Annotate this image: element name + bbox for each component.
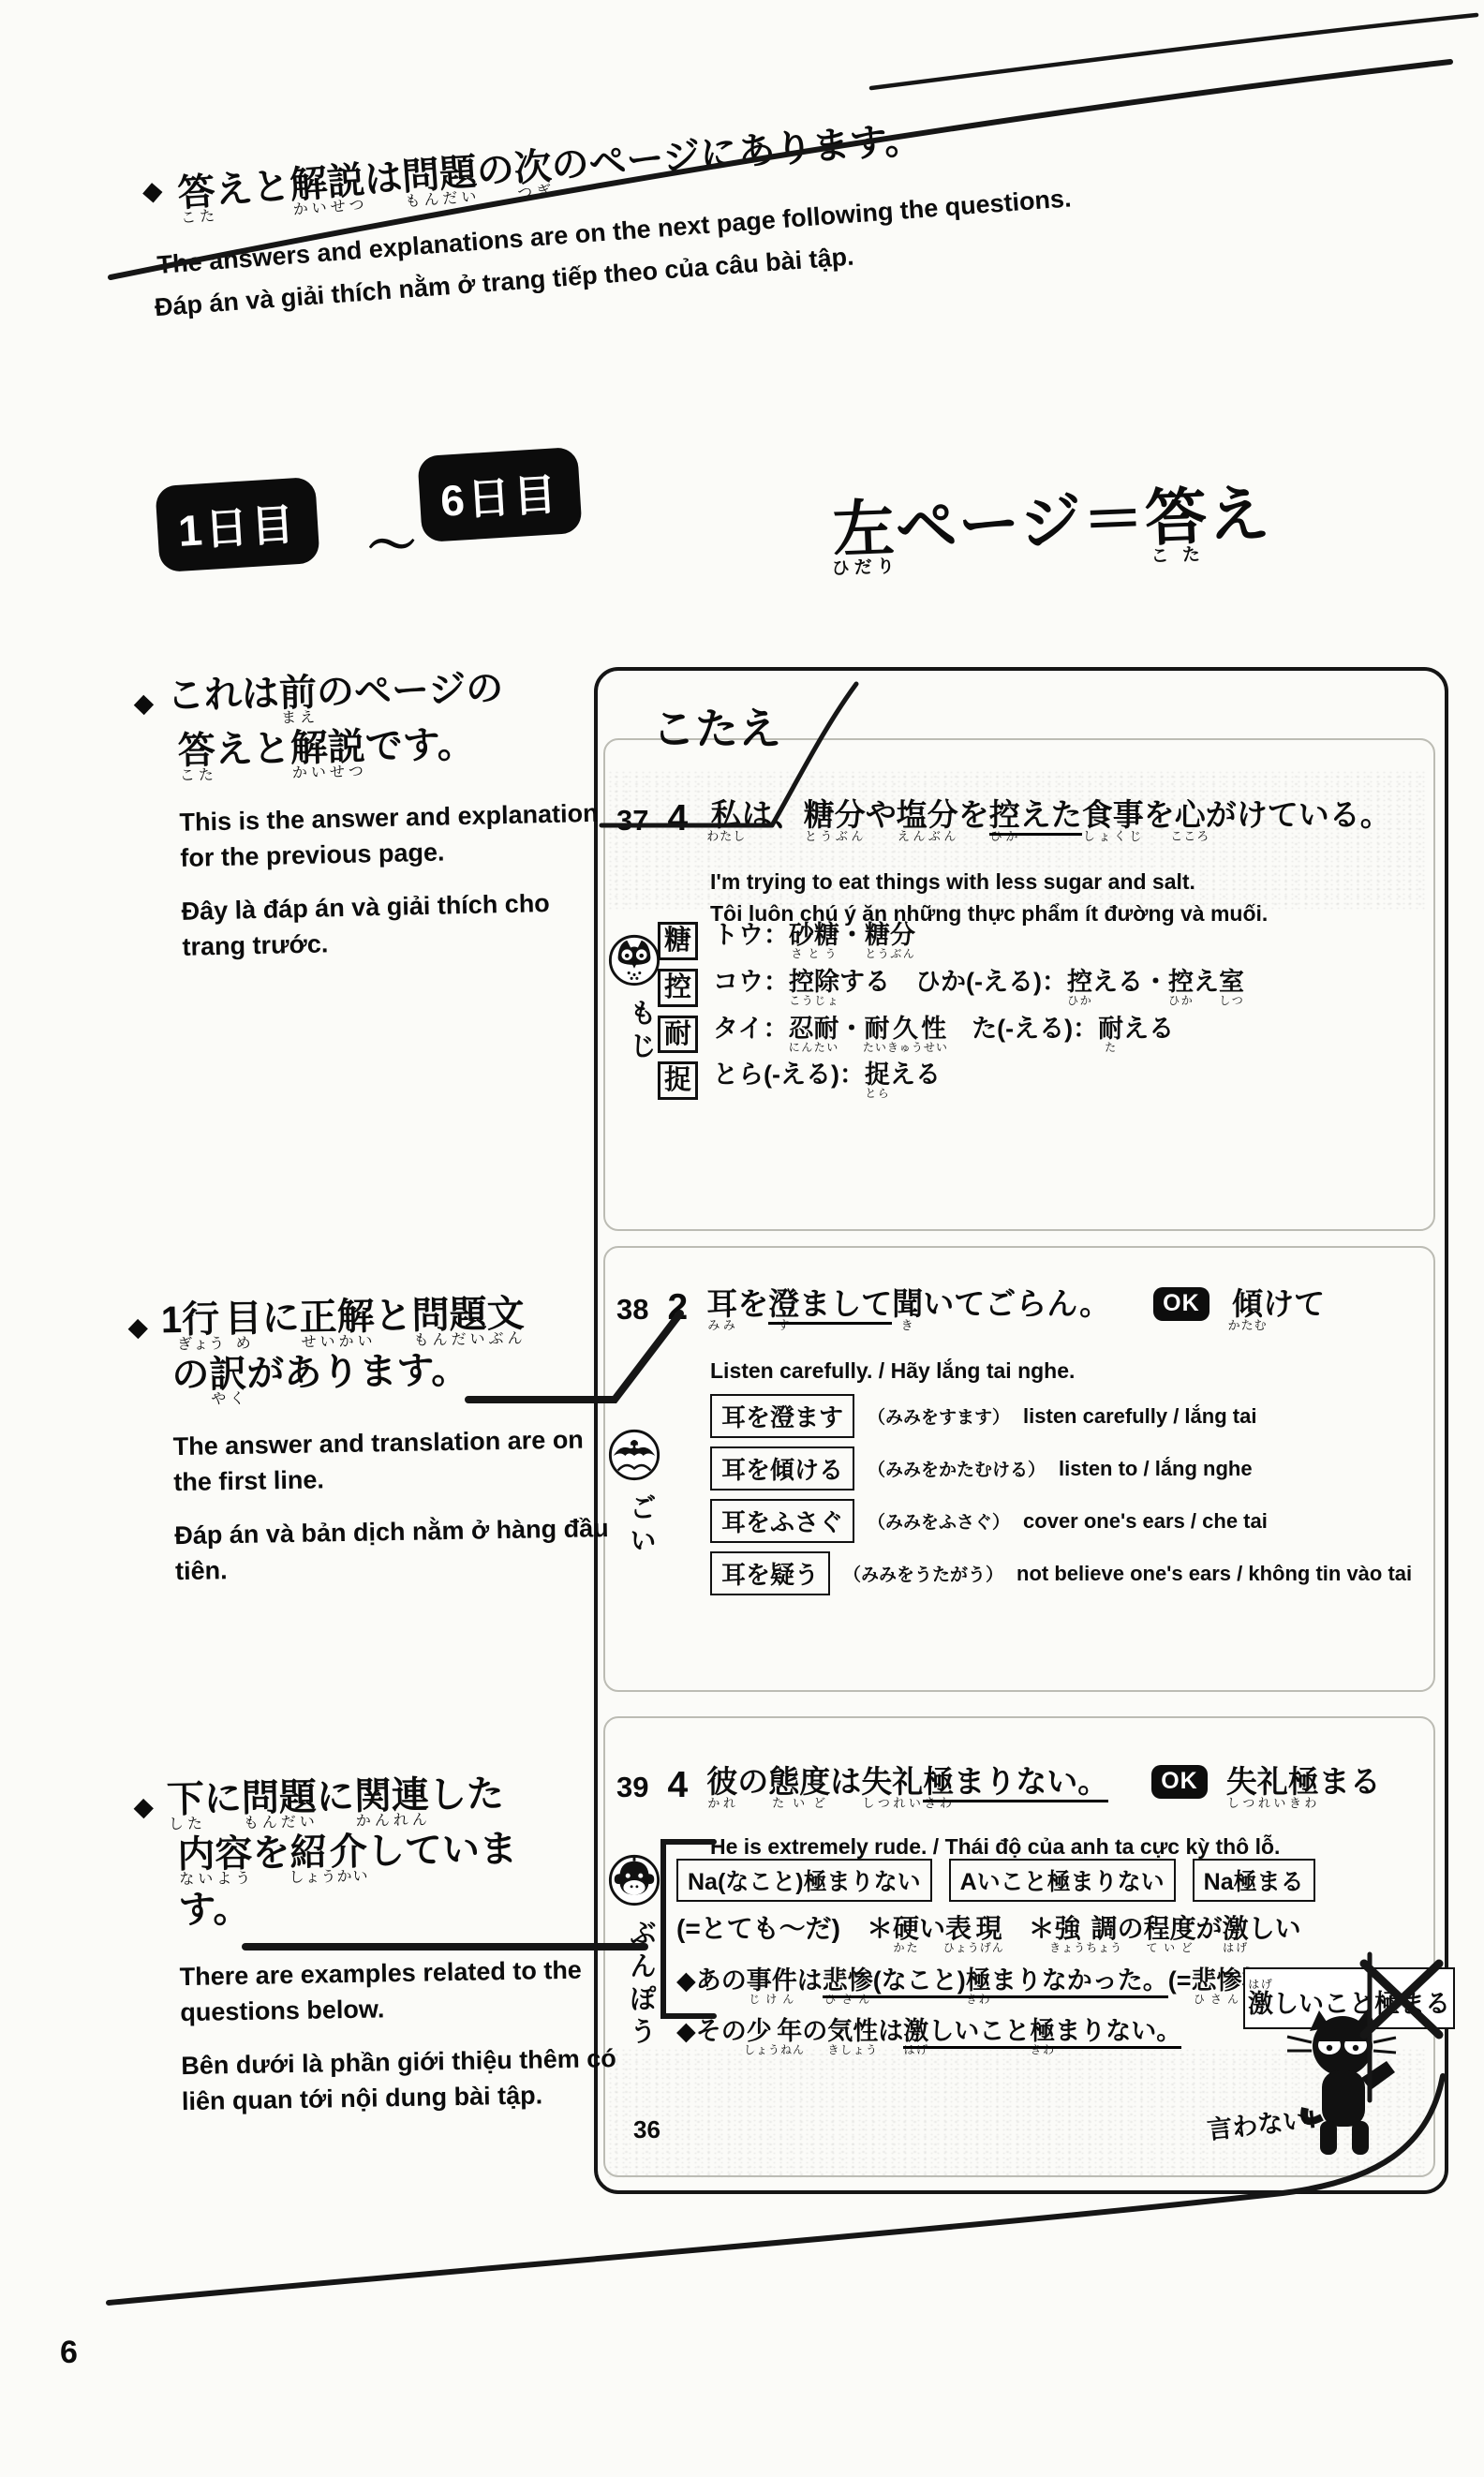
note-previous-page: ◆ これは前まえのページの 答こたえと解説かいせつです。 This is the… [133,666,589,966]
vocab-row: 耳を傾ける （みみをかたむける） listen to / lắng nghe [710,1446,1412,1491]
vocab-gloss: listen to / lắng nghe [1059,1457,1253,1481]
note1-japanese-line2: 答こたえと解説かいせつです。 [177,721,585,782]
vocab-reading: （みみをふさぐ） [868,1508,1010,1534]
bullet-diamond-icon: ◆ [127,1300,148,1342]
note3-japanese-line2: 内容ないようを紹介しょうかいしていま [177,1827,594,1886]
note-related-examples: ◆ 下したに問題もんだいに関連かんれんした 内容ないようを紹介しょうかいしていま… [133,1772,598,2120]
kanji-box: 捉 [658,1061,698,1100]
monkey-icon [607,1853,661,1907]
answer-number: 4 [667,1765,688,1806]
moji-section-label: もじ [622,999,660,1064]
day1-badge: 1日目 [155,477,319,572]
note1-english: This is the answer and explanation for t… [179,794,614,876]
vocab-gloss: cover one's ears / che tai [1023,1509,1268,1534]
q38-translation: Listen carefully. / Hãy lắng tai nghe. [710,1358,1075,1384]
q38-sentence: 耳みみを澄すまして聞きいてごらん。 [706,1287,1110,1331]
note2-english: The answer and translation are on the fi… [172,1421,625,1501]
note2-vietnamese: Đáp án và bản dịch nằm ở hàng đầu tiên. [174,1509,627,1589]
q37-sentence: 私わたしは、糖分とうぶんや塩分えんぶんを控ひかえた食事しょくじを心こころがけてい… [706,798,1391,842]
tilde-separator: 〜 [365,505,418,578]
answer-number: 4 [667,798,688,839]
note2-japanese-line1: 1行ぎょう目めに正解せいかいと問題文もんだいぶん [161,1294,526,1352]
grammar-pattern-box: Na極まる [1193,1859,1315,1902]
vocab-phrase-box: 耳を傾ける [710,1446,854,1491]
kanji-readings: トウ：砂糖さとう・糖分とうぶん [713,922,915,959]
grammar-example-2: ◆その少年しょうねんの気性きしょうは激はげしいこと極きわまりない。 [676,2018,1181,2055]
vocab-reading: （みみをすます） [868,1403,1010,1429]
vocab-row: 耳を疑う （みみをうたがう） not believe one's ears / … [710,1551,1412,1595]
q38-correct-form: 傾かたむけて [1228,1287,1326,1331]
question-number: 38 [616,1287,648,1327]
vocab-phrase-box: 耳をふさぐ [710,1499,854,1543]
note-first-line: ◆ 1行ぎょう目めに正解せいかいと問題文もんだいぶん の訳やくがあります。 Th… [127,1292,601,1590]
question-38-row: 38 2 耳みみを澄すまして聞きいてごらん。 OK 傾かたむけて [616,1287,1325,1331]
q39-sentence: 彼かれの態度たいどは失礼しつれい極きわまりない。 [706,1765,1108,1809]
bullet-diamond-icon: ◆ [133,676,155,719]
ok-badge: OK [1153,1287,1209,1321]
vocab-list: 耳を澄ます （みみをすます） listen carefully / lắng t… [710,1394,1412,1604]
vocab-reading: （みみをうたがう） [843,1561,1003,1586]
grammar-pattern-row: Na(なこと)極まりない Aいこと極まりない Na極まる [676,1859,1315,1902]
note3-japanese-line1: 下したに問題もんだいに関連かんれんした [167,1773,505,1831]
note3-vietnamese: Bên dưới là phần giới thiệu thêm có liên… [181,2040,624,2120]
q39-translation: He is extremely rude. / Thái độ của anh … [710,1834,1280,1860]
q39-correct-form: 失礼しつれい極きわまる [1226,1765,1381,1809]
ok-badge: OK [1151,1765,1208,1799]
bullet-diamond-icon: ◆ [141,165,164,206]
note1-japanese-line1: これは前まえのページの [167,668,504,727]
vocab-gloss: listen carefully / lắng tai [1023,1404,1256,1429]
kanji-reading-list: 糖 トウ：砂糖さとう・糖分とうぶん 控 コウ：控除こうじょする ひか(-える)：… [658,922,1244,1108]
owl-icon [607,933,661,987]
book-page: ◆ 答こたえと解説かいせつは問題もんだいの次つぎのページにあります。 The a… [0,0,1484,2477]
kanji-box: 糖 [658,922,698,960]
question-39-row: 39 4 彼かれの態度たいどは失礼しつれい極きわまりない。 OK 失礼しつれい極… [616,1765,1381,1809]
bat-icon [607,1428,661,1482]
cat-mascot-icon [1282,2007,1422,2166]
vocab-row: 耳をふさぐ （みみをふさぐ） cover one's ears / che ta… [710,1499,1412,1543]
note2-japanese-line2: の訳やくがあります。 [171,1347,598,1406]
goi-section-label: ごい [622,1493,660,1559]
panel-title: こたえ [652,695,781,757]
grammar-pattern-box: Aいこと極まりない [949,1859,1176,1902]
grammar-example-1: ◆あの事件じけんは悲惨ひさん(なこと)極きわまりなかった。(=悲惨ひさん極きわま… [676,1967,1327,2005]
bunpou-section-label: ぶんぽう [622,1919,660,2050]
kanji-box: 控 [658,969,698,1007]
question-number: 39 [616,1765,648,1804]
question-37-row: 37 4 私わたしは、糖分とうぶんや塩分えんぶんを控ひかえた食事しょくじを心ここ… [616,798,1391,842]
kanji-row: 糖 トウ：砂糖さとう・糖分とうぶん [658,922,1244,960]
kanji-readings: とら(-える)：捉とらえる [713,1061,941,1099]
grammar-pattern-box: Na(なこと)極まりない [676,1859,932,1902]
kanji-readings: コウ：控除こうじょする ひか(-える)：控ひかえる・控ひかえ室しつ [713,969,1244,1006]
kanji-row: 捉 とら(-える)：捉とらえる [658,1061,1244,1100]
q37-english: I'm trying to eat things with less sugar… [710,869,1195,895]
day6-badge: 6日目 [417,447,582,542]
question-number: 37 [616,798,648,838]
kanji-readings: タイ：忍耐にんたい・耐久性たいきゅうせい た(-える)：耐たえる [713,1016,1174,1053]
answer-number: 2 [667,1287,688,1328]
bullet-diamond-icon: ◆ [133,1780,154,1822]
note3-english: There are examples related to the questi… [179,1951,622,2031]
page-number: 6 [60,2335,78,2371]
note3-japanese-line3: す。 [178,1882,595,1931]
vocab-phrase-box: 耳を澄ます [710,1394,854,1438]
note1-vietnamese: Đây là đáp án và giải thích cho trang tr… [181,883,616,965]
vocab-row: 耳を澄ます （みみをすます） listen carefully / lắng t… [710,1394,1412,1438]
left-page-equals-answer-headline: 左ひだりページ＝答こたえ [828,464,1272,577]
kanji-row: 耐 タイ：忍耐にんたい・耐久性たいきゅうせい た(-える)：耐たえる [658,1016,1244,1054]
page-header: ◆ 答こたえと解説かいせつは問題もんだいの次つぎのページにあります。 The a… [141,99,1076,323]
grammar-rule-line: (=とても〜だ) ＊硬かたい表現ひょうげん ＊強調きょうちょうの程度ていどが激は… [676,1915,1301,1953]
kanji-row: 控 コウ：控除こうじょする ひか(-える)：控ひかえる・控ひかえ室しつ [658,969,1244,1007]
panel-page-number: 36 [633,2115,660,2144]
kanji-box: 耐 [658,1016,698,1054]
scan-top-corner-line [871,15,1477,88]
vocab-phrase-box: 耳を疑う [710,1551,830,1595]
vocab-reading: （みみをかたむける） [868,1456,1046,1481]
vocab-gloss: not believe one's ears / không tin vào t… [1017,1562,1412,1586]
